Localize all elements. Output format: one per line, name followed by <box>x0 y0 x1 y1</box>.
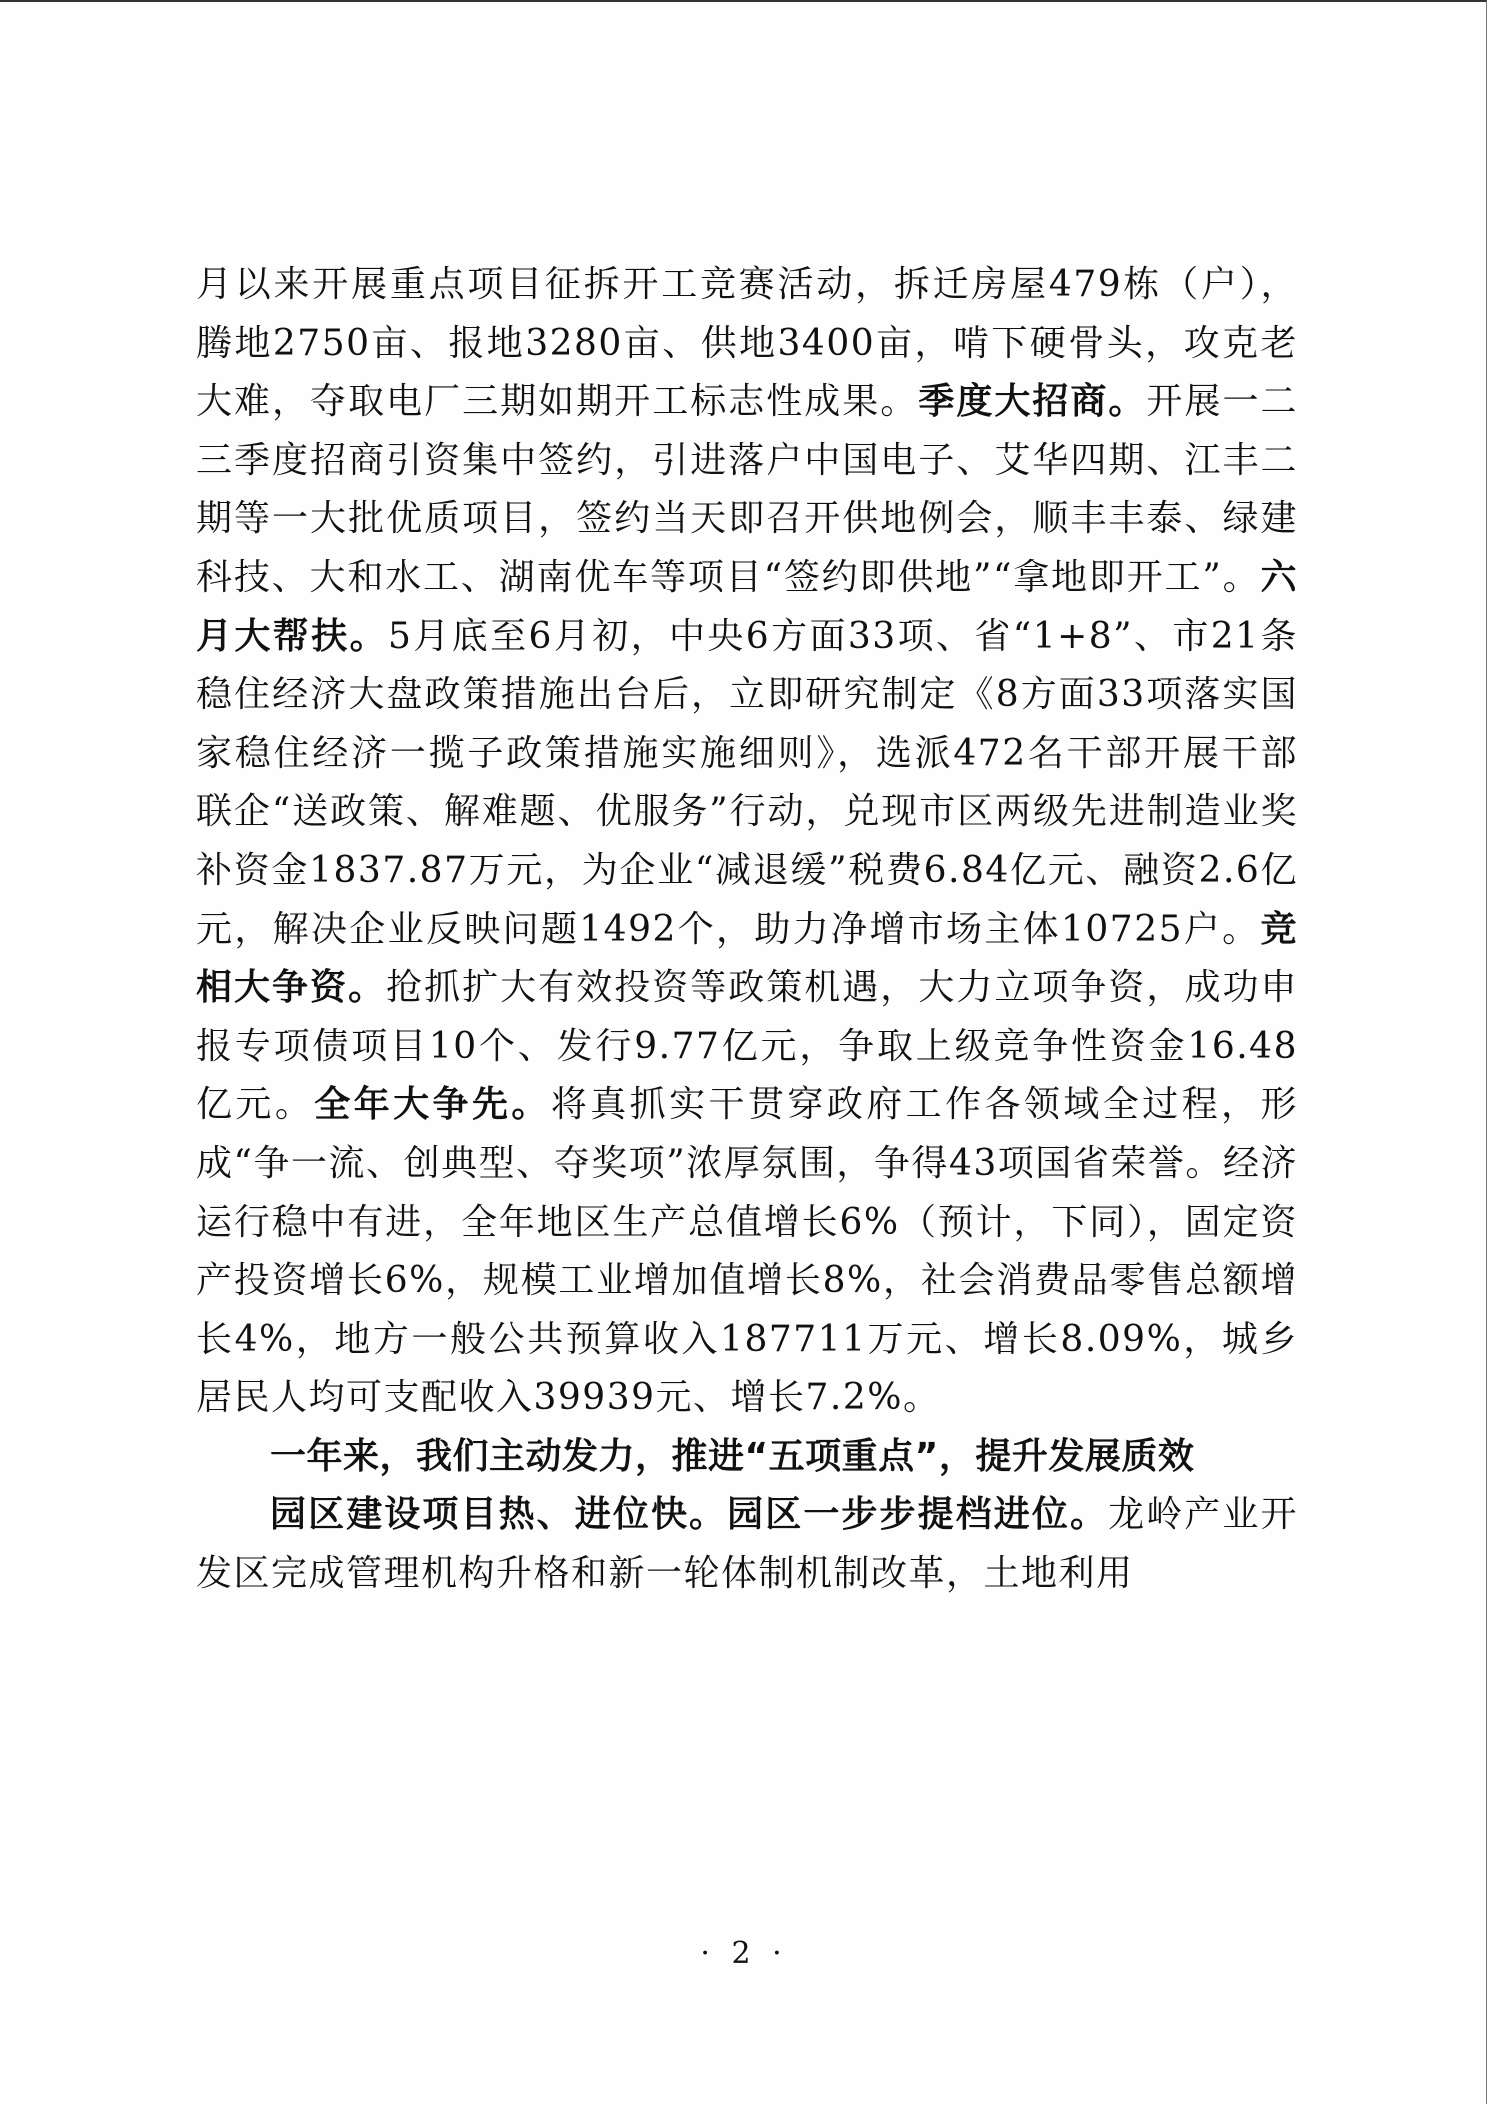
paragraph-achievements: 月以来开展重点项目征拆开工竞赛活动，拆迁房屋479栋（户），腾地2750亩、报地… <box>196 256 1298 1428</box>
bold-keyword-year-round-excellence: 全年大争先。 <box>314 1084 551 1125</box>
paragraph-park-construction: 园区建设项目热、进位快。园区一步步提档进位。龙岭产业开发区完成管理机构升格和新一… <box>196 1486 1298 1603</box>
bold-keyword-quarterly-investment: 季度大招商。 <box>918 381 1146 422</box>
document-body: 月以来开展重点项目征拆开工竞赛活动，拆迁房屋479栋（户），腾地2750亩、报地… <box>196 256 1298 1604</box>
document-page: 月以来开展重点项目征拆开工竞赛活动，拆迁房屋479栋（户），腾地2750亩、报地… <box>0 0 1487 2104</box>
text-run: 将真抓实干贯穿政府工作各领域全过程，形成“争一流、创典型、夺奖项”浓厚氛围，争得… <box>196 1084 1298 1418</box>
page-number: · 2 · <box>0 1936 1488 1971</box>
text-run: 5月底至6月初，中央6方面33项、省“1+8”、市21条稳住经济大盘政策措施出台… <box>196 616 1298 950</box>
bold-subheading-park-construction: 园区建设项目热、进位快。园区一步步提档进位。 <box>270 1494 1108 1535</box>
section-heading: 一年来，我们主动发力，推进“五项重点”，提升发展质效 <box>196 1428 1298 1487</box>
